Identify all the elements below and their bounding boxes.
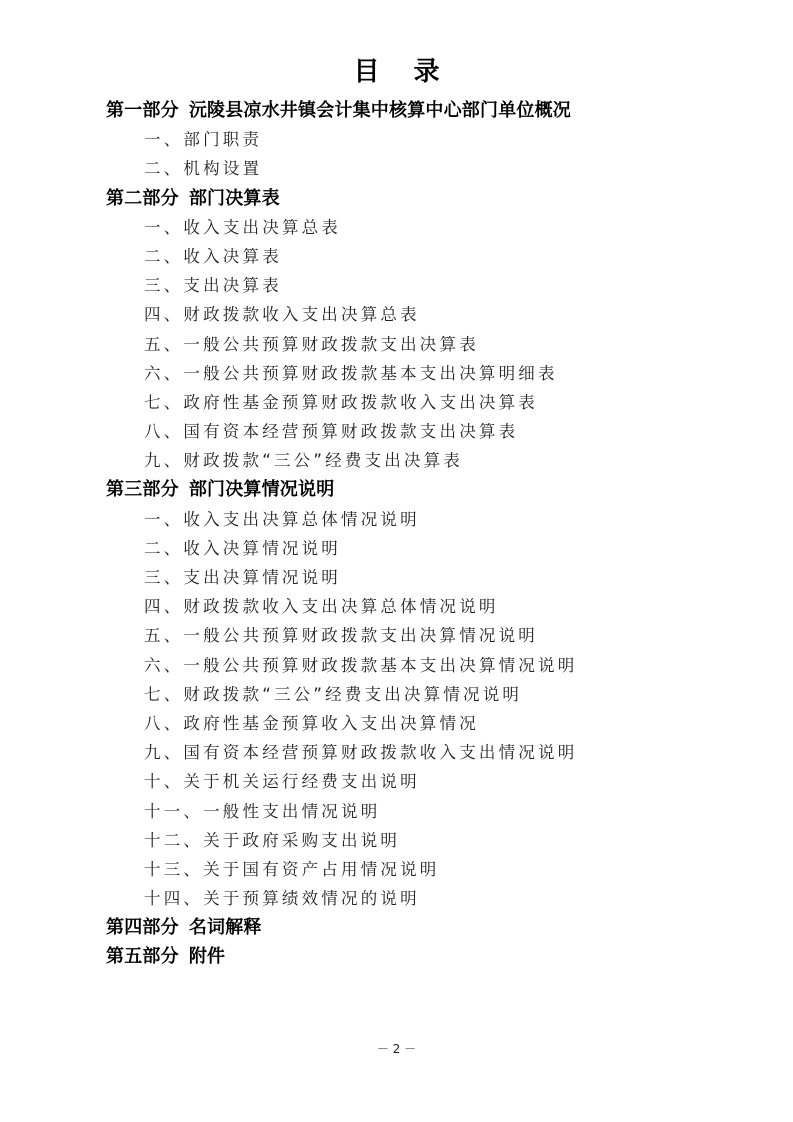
toc-item: 二、收入决算情况说明 [106, 534, 733, 563]
page-title: 目录 [0, 56, 793, 88]
part-title: 沅陵县凉水井镇会计集中核算中心部门单位概况 [189, 100, 571, 121]
toc-item: 十四、关于预算绩效情况的说明 [106, 884, 733, 913]
part-title: 部门决算表 [189, 188, 280, 209]
toc-item: 七、政府性基金预算财政拨款收入支出决算表 [106, 388, 733, 417]
toc-item: 二、机构设置 [106, 154, 733, 183]
page-number: － 2 － [0, 1040, 793, 1057]
part-title: 附件 [189, 946, 225, 967]
toc-part-heading: 第四部分名词解释 [106, 913, 733, 942]
part-number: 第二部分 [106, 188, 179, 209]
toc-item: 六、一般公共预算财政拨款基本支出决算情况说明 [106, 651, 733, 680]
toc-item: 二、收入决算表 [106, 242, 733, 271]
toc-item: 十、关于机关运行经费支出说明 [106, 767, 733, 796]
part-number: 第一部分 [106, 100, 179, 121]
toc-item: 八、政府性基金预算收入支出决算情况 [106, 709, 733, 738]
table-of-contents: 第一部分沅陵县凉水井镇会计集中核算中心部门单位概况一、部门职责二、机构设置第二部… [106, 96, 733, 972]
toc-item: 十二、关于政府采购支出说明 [106, 826, 733, 855]
part-number: 第三部分 [106, 479, 179, 500]
toc-item: 四、财政拨款收入支出决算总表 [106, 300, 733, 329]
toc-item: 四、财政拨款收入支出决算总体情况说明 [106, 592, 733, 621]
part-title: 名词解释 [189, 917, 262, 938]
part-title: 部门决算情况说明 [189, 479, 335, 500]
toc-part-heading: 第五部分附件 [106, 942, 733, 971]
toc-item: 六、一般公共预算财政拨款基本支出决算明细表 [106, 359, 733, 388]
toc-part-heading: 第二部分部门决算表 [106, 184, 733, 213]
toc-part-heading: 第三部分部门决算情况说明 [106, 475, 733, 504]
toc-item: 一、部门职责 [106, 125, 733, 154]
toc-item: 七、财政拨款“三公”经费支出决算情况说明 [106, 680, 733, 709]
toc-item: 八、国有资本经营预算财政拨款支出决算表 [106, 417, 733, 446]
toc-item: 五、一般公共预算财政拨款支出决算情况说明 [106, 621, 733, 650]
toc-item: 一、收入支出决算总表 [106, 213, 733, 242]
toc-item: 十三、关于国有资产占用情况说明 [106, 855, 733, 884]
part-number: 第五部分 [106, 946, 179, 967]
toc-item: 九、财政拨款“三公”经费支出决算表 [106, 446, 733, 475]
toc-item: 三、支出决算表 [106, 271, 733, 300]
toc-part-heading: 第一部分沅陵县凉水井镇会计集中核算中心部门单位概况 [106, 96, 733, 125]
toc-item: 九、国有资本经营预算财政拨款收入支出情况说明 [106, 738, 733, 767]
toc-item: 三、支出决算情况说明 [106, 563, 733, 592]
part-number: 第四部分 [106, 917, 179, 938]
toc-item: 五、一般公共预算财政拨款支出决算表 [106, 330, 733, 359]
toc-item: 十一、一般性支出情况说明 [106, 797, 733, 826]
toc-item: 一、收入支出决算总体情况说明 [106, 505, 733, 534]
